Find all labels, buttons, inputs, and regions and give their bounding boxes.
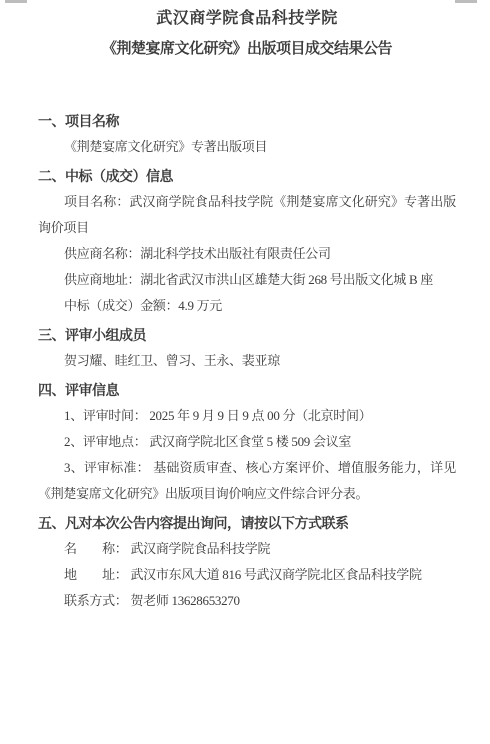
section-contact: 五、凡对本次公告内容提出询问，请按以下方式联系 名 称： 武汉商学院食品科技学院… [38,510,456,614]
paragraph: 《荆楚宴席文化研究》专著出版项目 [38,134,456,160]
paragraph: 中标（成交）金额：4.9 万元 [38,293,456,319]
section-project-name: 一、项目名称 《荆楚宴席文化研究》专著出版项目 [38,108,456,160]
screen-edge-artifact-left [5,0,27,3]
document-page: 武汉商学院食品科技学院 《荆楚宴席文化研究》出版项目成交结果公告 一、项目名称 … [0,0,490,744]
paragraph: 供应商地址：湖北省武汉市洪山区雄楚大街 268 号出版文化城 B 座 [38,267,456,293]
announcement-document: 武汉商学院食品科技学院 《荆楚宴席文化研究》出版项目成交结果公告 一、项目名称 … [0,0,490,614]
paragraph: 2、评审地点： 武汉商学院北区食堂 5 楼 509 会议室 [38,429,456,455]
section-review-committee: 三、评审小组成员 贺习耀、眭红卫、曾习、王永、裴亚琼 [38,322,456,374]
paragraph: 3、评审标准： 基础资质审查、核心方案评价、增值服务能力，详见《荆楚宴席文化研究… [38,455,456,507]
contact-phone-line: 联系方式： 贺老师 13628653270 [38,588,456,614]
section-heading: 一、项目名称 [38,108,456,134]
section-heading: 四、评审信息 [38,377,456,403]
document-title: 武汉商学院食品科技学院 [38,6,456,32]
contact-name-line: 名 称： 武汉商学院食品科技学院 [38,536,456,562]
paragraph: 贺习耀、眭红卫、曾习、王永、裴亚琼 [38,348,456,374]
paragraph: 1、评审时间： 2025 年 9 月 9 日 9 点 00 分（北京时间） [38,403,456,429]
section-review-info: 四、评审信息 1、评审时间： 2025 年 9 月 9 日 9 点 00 分（北… [38,377,456,507]
contact-address-line: 地 址： 武汉市东风大道 816 号武汉商学院北区食品科技学院 [38,562,456,588]
paragraph: 供应商名称：湖北科学技术出版社有限责任公司 [38,241,456,267]
section-heading: 五、凡对本次公告内容提出询问，请按以下方式联系 [38,510,456,536]
screen-edge-artifact-right [455,0,477,3]
section-award-info: 二、中标（成交）信息 项目名称：武汉商学院食品科技学院《荆楚宴席文化研究》专著出… [38,163,456,319]
section-heading: 二、中标（成交）信息 [38,163,456,189]
section-heading: 三、评审小组成员 [38,322,456,348]
document-subtitle: 《荆楚宴席文化研究》出版项目成交结果公告 [38,36,456,62]
paragraph: 项目名称：武汉商学院食品科技学院《荆楚宴席文化研究》专著出版询价项目 [38,189,456,241]
